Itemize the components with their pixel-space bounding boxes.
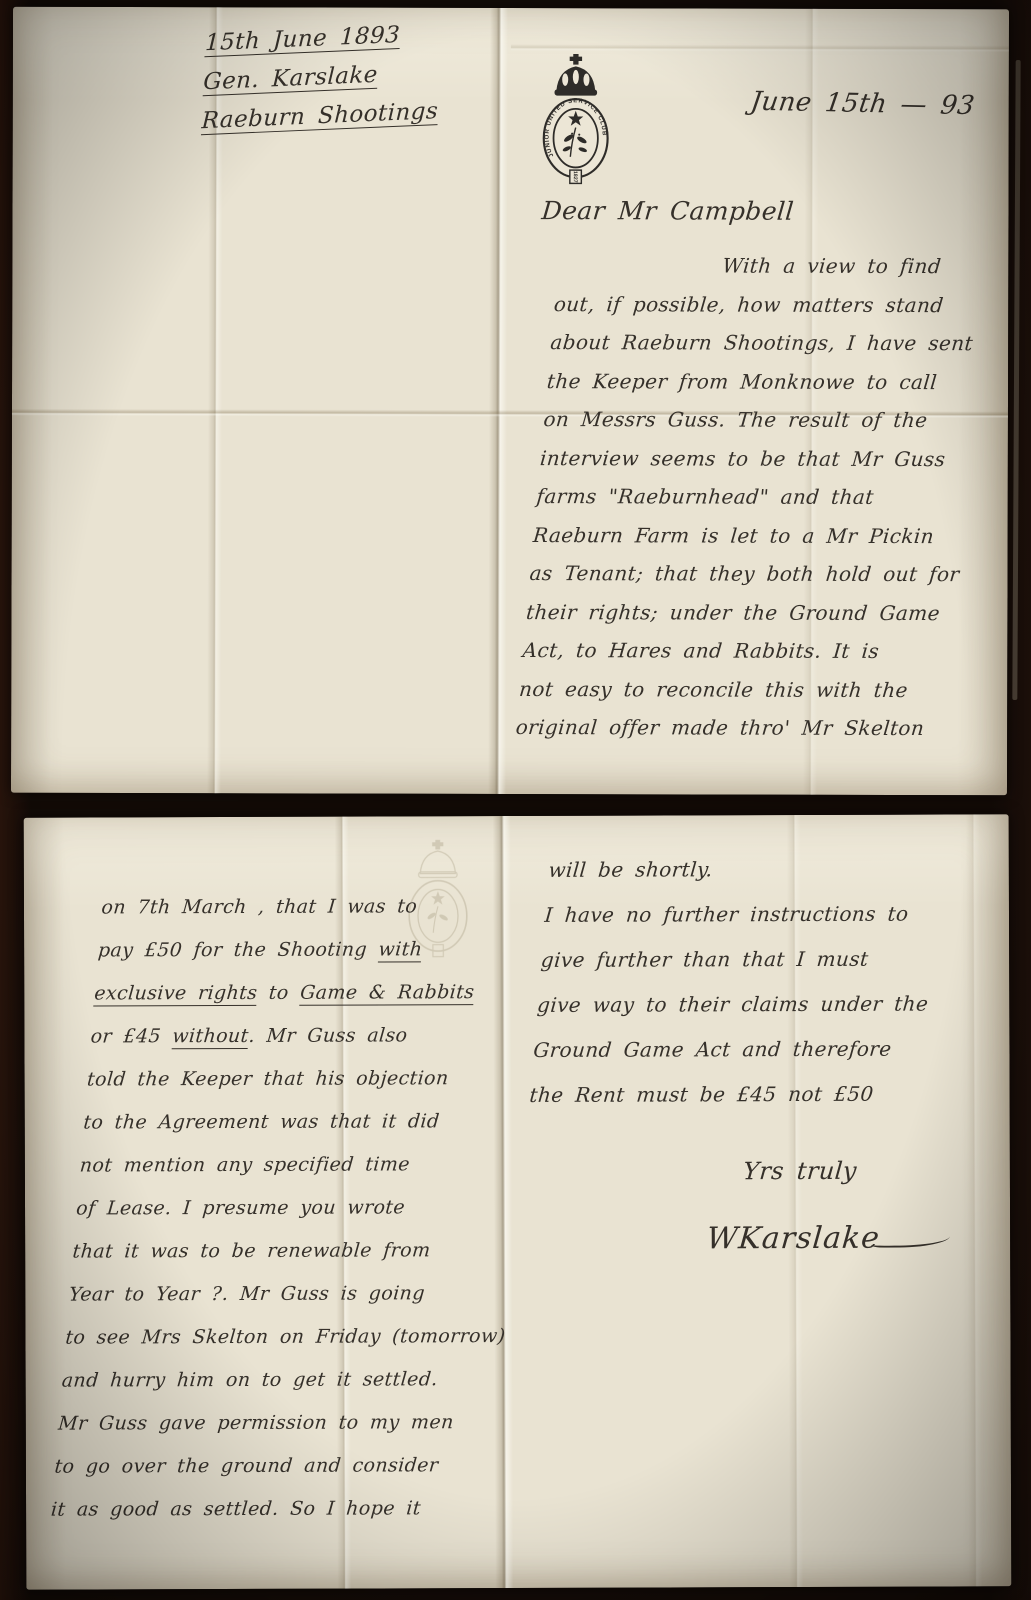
handwritten-line: pay £50 for the Shooting with <box>96 928 578 973</box>
handwritten-line: and hurry him on to get it settled. <box>60 1358 542 1403</box>
salutation: Dear Mr Campbell <box>540 196 795 226</box>
handwritten-line: of Lease. I presume you wrote <box>74 1186 556 1231</box>
handwritten-line: Raeburn Farm is let to a Mr Pickin <box>531 516 1026 556</box>
handwritten-line: original offer made thro' Mr Skelton <box>514 708 1009 748</box>
svg-text:1827: 1827 <box>572 171 578 183</box>
handwritten-line: give further than that I must <box>539 936 1023 983</box>
handwritten-line: Mr Guss gave permission to my men <box>56 1401 538 1446</box>
handwritten-line: as Tenant; that they both hold out for <box>528 554 1023 594</box>
scan-background: 15th June 1893Gen. KarslakeRaeburn Shoot… <box>0 0 1031 1600</box>
handwritten-line: to see Mrs Skelton on Friday (tomorrow) <box>64 1315 546 1360</box>
letter-sheet-2: on 7th March , that I was topay £50 for … <box>24 814 1012 1589</box>
letter-body-page-2-left: on 7th March , that I was topay £50 for … <box>49 885 581 1532</box>
handwritten-line: the Rent must be £45 not £50 <box>528 1071 1012 1118</box>
letter-date: June 15th — 93 <box>749 87 977 121</box>
junior-united-service-club-crest-icon: JUNIOR UNITED SERVICE CLUB 1827 <box>531 52 621 185</box>
handwritten-line: With a view to find <box>556 246 1031 286</box>
handwritten-line: I have no further instructions to <box>543 891 1027 938</box>
handwritten-line: that it was to be renewable from <box>71 1229 553 1274</box>
handwritten-line: told the Keeper that his objection <box>85 1057 567 1102</box>
handwritten-line: on Messrs Guss. The result of the <box>542 400 1031 440</box>
letter-body-page-2-right: will be shortly.I have no further instru… <box>528 846 1031 1118</box>
handwritten-line: to go over the ground and consider <box>53 1444 535 1489</box>
handwritten-line: Ground Game Act and therefore <box>531 1026 1015 1073</box>
handwritten-line: their rights; under the Ground Game <box>525 593 1020 633</box>
docket-annotation: 15th June 1893Gen. KarslakeRaeburn Shoot… <box>201 11 527 142</box>
letter-sheet-1: 15th June 1893Gen. KarslakeRaeburn Shoot… <box>11 7 1009 796</box>
fold-crease <box>511 44 1009 52</box>
handwritten-line: interview seems to be that Mr Guss <box>538 439 1031 479</box>
handwritten-line: about Raeburn Shootings, I have sent <box>549 323 1031 363</box>
signature: WKarslake <box>705 1220 951 1256</box>
letter-body-page-1: With a view to findout, if possible, how… <box>514 246 1031 748</box>
handwritten-line: exclusive rights to Game & Rabbits <box>92 971 574 1016</box>
handwritten-line: not mention any specified time <box>78 1143 560 1188</box>
handwritten-line: on 7th March , that I was to <box>100 885 582 930</box>
handwritten-line: the Keeper from Monknowe to call <box>545 362 1031 402</box>
valediction: Yrs truly <box>742 1157 858 1185</box>
handwritten-line: not easy to reconcile this with the <box>518 670 1013 710</box>
handwritten-line: farms "Raeburnhead" and that <box>535 477 1030 517</box>
handwritten-line: Year to Year ?. Mr Guss is going <box>67 1272 549 1317</box>
handwritten-line: will be shortly. <box>547 846 1031 893</box>
handwritten-line: or £45 without. Mr Guss also <box>89 1014 571 1059</box>
handwritten-line: out, if possible, how matters stand <box>552 285 1031 325</box>
handwritten-line: it as good as settled. So I hope it <box>49 1487 531 1532</box>
handwritten-line: Act, to Hares and Rabbits. It is <box>521 631 1016 671</box>
handwritten-line: give way to their claims under the <box>535 981 1019 1028</box>
handwritten-line: to the Agreement was that it did <box>82 1100 564 1145</box>
